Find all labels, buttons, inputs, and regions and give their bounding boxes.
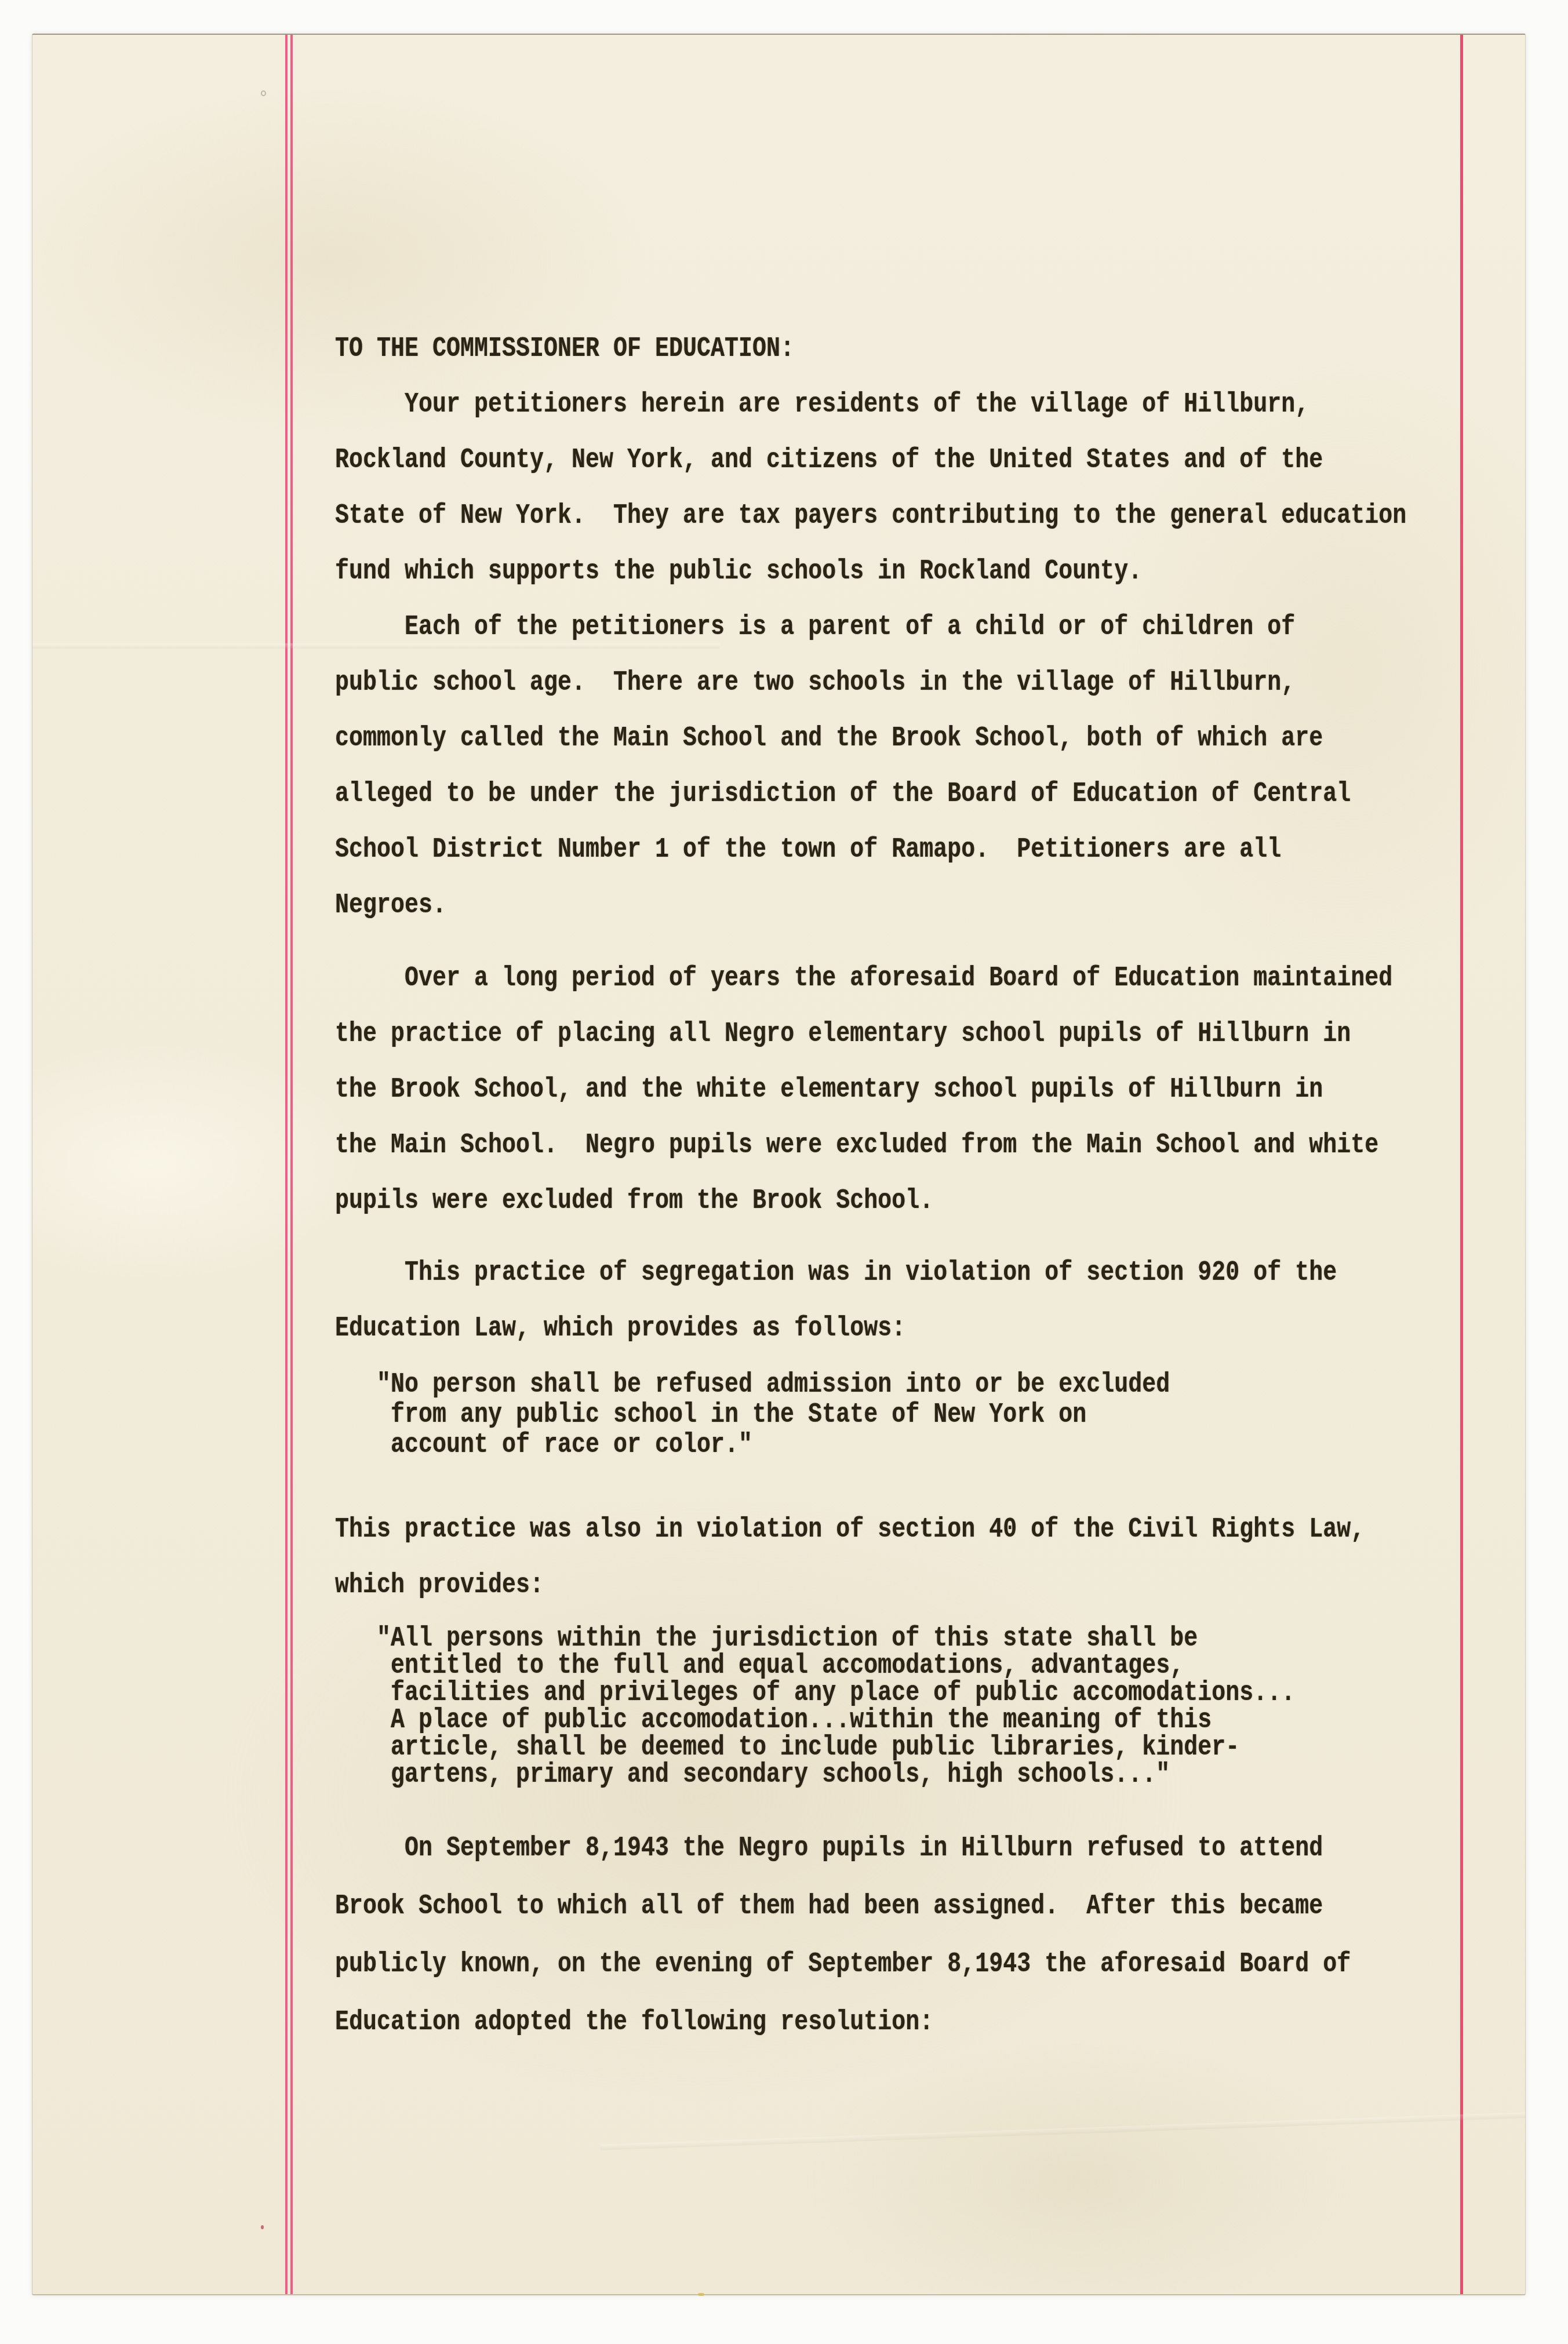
paper-speck-yellow (698, 2293, 704, 2296)
text-line: Rockland County, New York, and citizens … (335, 432, 1406, 488)
paragraph-civil-rights-law: This practice was also in violation of s… (335, 1502, 1406, 1613)
paragraph-segregation-practice: Over a long period of years the aforesai… (335, 951, 1406, 1229)
quote-line: account of race or color." (377, 1430, 1406, 1460)
left-margin-rule-inner (290, 35, 293, 2294)
text-line: the practice of placing all Negro elemen… (335, 1006, 1406, 1062)
left-margin-rule-outer (285, 35, 288, 2294)
quote-education-law: "No person shall be refused admission in… (377, 1370, 1406, 1460)
quote-civil-rights-law: "All persons within the jurisdiction of … (377, 1625, 1406, 1789)
quote-line: "No person shall be refused admission in… (377, 1370, 1406, 1400)
scan-background: { "colors": { "background": "#fbfbfa", "… (0, 0, 1568, 2344)
text-line: Each of the petitioners is a parent of a… (335, 599, 1406, 655)
text-line: Brook School to which all of them had be… (335, 1877, 1406, 1935)
paper-speck-ring (261, 90, 266, 96)
text-line: Negroes. (335, 878, 1406, 933)
text-line: On September 8,1943 the Negro pupils in … (335, 1819, 1406, 1877)
quote-line: gartens, primary and secondary schools, … (377, 1761, 1406, 1789)
text-line: the Main School. Negro pupils were exclu… (335, 1118, 1406, 1173)
quote-line: from any public school in the State of N… (377, 1400, 1406, 1430)
paragraph-september-8: On September 8,1943 the Negro pupils in … (335, 1819, 1406, 2051)
paragraph-residents: Your petitioners herein are residents of… (335, 377, 1406, 599)
salutation: TO THE COMMISSIONER OF EDUCATION: (335, 333, 794, 365)
text-line: publicly known, on the evening of Septem… (335, 1935, 1406, 1993)
right-margin-rule (1460, 35, 1463, 2294)
quote-line: A place of public accomodation...within … (377, 1707, 1406, 1734)
petition-page: TO THE COMMISSIONER OF EDUCATION: Your p… (32, 34, 1526, 2295)
paper-speck-red (261, 2225, 264, 2229)
text-line: Over a long period of years the aforesai… (335, 951, 1406, 1006)
document-text: TO THE COMMISSIONER OF EDUCATION: Your p… (335, 321, 1406, 2051)
quote-line: "All persons within the jurisdiction of … (377, 1625, 1406, 1653)
quote-line: facilities and privileges of any place o… (377, 1680, 1406, 1707)
text-line: Education adopted the following resoluti… (335, 1993, 1406, 2051)
text-line: This practice of segregation was in viol… (335, 1245, 1406, 1301)
paragraph-education-law: This practice of segregation was in viol… (335, 1245, 1406, 1356)
salutation-line: TO THE COMMISSIONER OF EDUCATION: (335, 321, 1406, 377)
text-line: State of New York. They are tax payers c… (335, 488, 1406, 544)
text-line: School District Number 1 of the town of … (335, 822, 1406, 878)
text-line: commonly called the Main School and the … (335, 711, 1406, 766)
text-line: Your petitioners herein are residents of… (335, 377, 1406, 432)
quote-line: entitled to the full and equal accomodat… (377, 1653, 1406, 1680)
text-line: public school age. There are two schools… (335, 655, 1406, 711)
text-line: alleged to be under the jurisdiction of … (335, 766, 1406, 822)
text-line: Education Law, which provides as follows… (335, 1301, 1406, 1356)
text-line: fund which supports the public schools i… (335, 544, 1406, 599)
paragraph-two-schools: Each of the petitioners is a parent of a… (335, 599, 1406, 933)
paper-crease-bottom (600, 2112, 1525, 2150)
quote-line: article, shall be deemed to include publ… (377, 1734, 1406, 1761)
text-line: which provides: (335, 1557, 1406, 1613)
text-line: pupils were excluded from the Brook Scho… (335, 1173, 1406, 1229)
text-line: the Brook School, and the white elementa… (335, 1062, 1406, 1118)
text-line: This practice was also in violation of s… (335, 1502, 1406, 1557)
